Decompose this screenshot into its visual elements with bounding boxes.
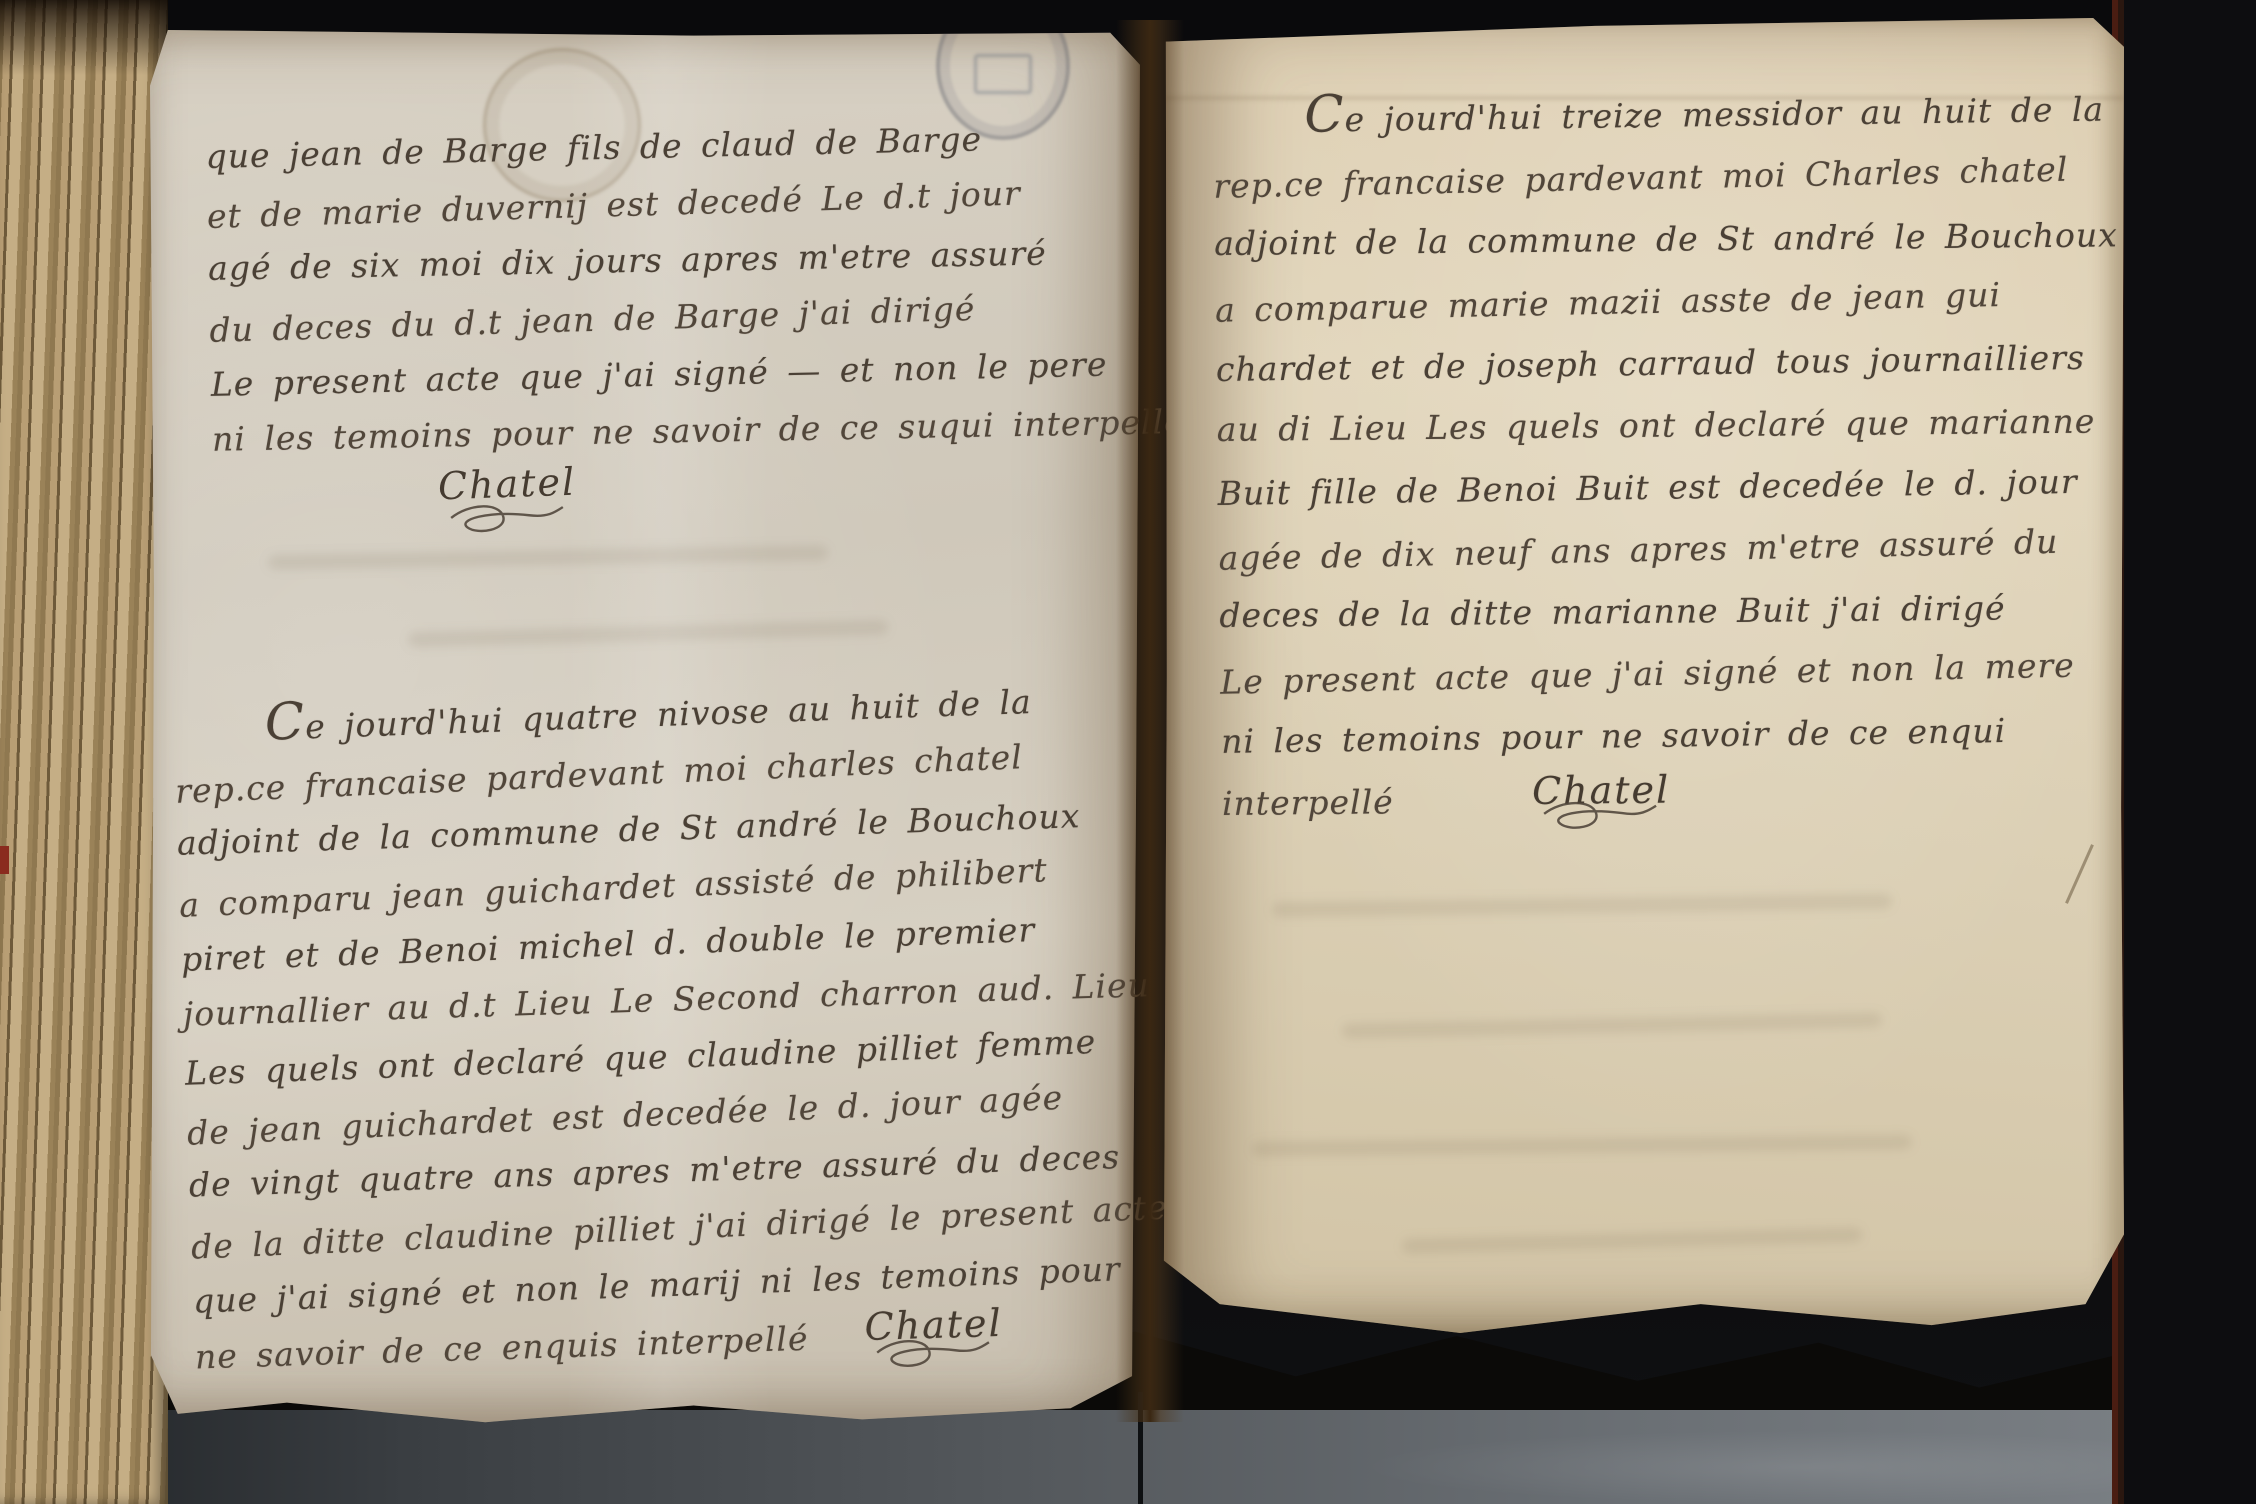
ink-bleed-smudge [1272, 894, 1892, 918]
book-gutter [1116, 20, 1184, 1422]
ink-bleed-smudge [1402, 1227, 1862, 1253]
signature-block: Chatel [437, 460, 577, 509]
manuscript-line-text: interpellé [1222, 782, 1394, 823]
ink-bleed-smudge [408, 620, 888, 648]
red-cover-mark [0, 846, 9, 874]
death-act-claudine-pilliet: Ce jourd'hui quatre nivose au huit de la… [172, 664, 1173, 1388]
open-register-book-photo: que jean de Barge fils de claud de Barge… [0, 0, 2256, 1504]
book-cover-right-edge [2112, 0, 2256, 1504]
manuscript-line: interpellé Chatel [1222, 762, 2126, 835]
ink-bleed-smudge [1342, 1012, 1882, 1038]
ink-bleed-smudge [268, 545, 828, 570]
manuscript-line-text: ne savoir de ce enquis interpellé [194, 1319, 809, 1377]
manuscript-line: au di Lieu Les quels ont declaré que mar… [1217, 390, 2121, 461]
official-signature: Chatel [864, 1295, 1004, 1356]
death-act-marianne-buit: Ce jourd'hui treize messidor au huit de … [1212, 73, 2126, 837]
page-edges-left [0, 0, 168, 1504]
death-act-jean-de-barge: que jean de Barge fils de claud de Barge… [205, 106, 1185, 470]
ink-bleed-smudge [1252, 1135, 1912, 1157]
signature-paraph-icon [1536, 795, 1662, 838]
official-signature: Chatel [1532, 759, 1671, 822]
signature-paraph-icon [869, 1331, 996, 1377]
signature-paraph-icon [443, 496, 570, 542]
